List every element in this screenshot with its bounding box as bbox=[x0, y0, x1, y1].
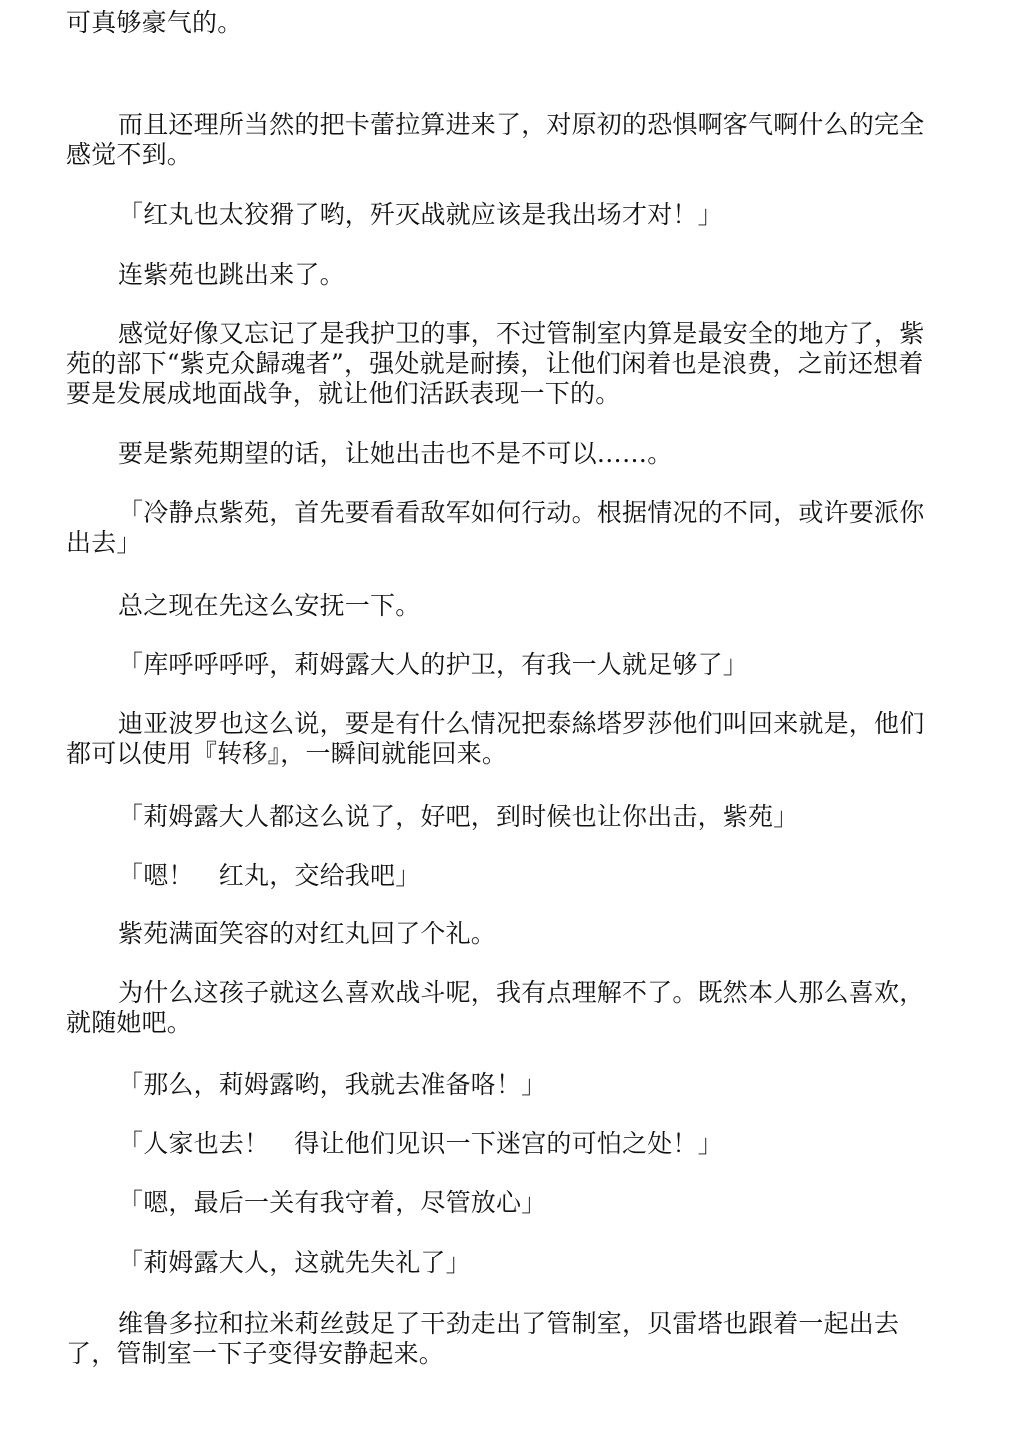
dialogue-line: 「人家也去！ 得让他们见识一下迷宫的可怕之处！」 bbox=[66, 1129, 936, 1159]
dialogue-line: 「红丸也太狡猾了哟，歼灭战就应该是我出场才对！」 bbox=[66, 200, 936, 230]
dialogue-line: 「冷静点紫苑，首先要看看敌军如何行动。根据情况的不同，或许要派你出去」 bbox=[66, 498, 936, 558]
paragraph: 紫苑满面笑容的对红丸回了个礼。 bbox=[66, 919, 936, 949]
dialogue-line: 「嗯！ 红丸，交给我吧」 bbox=[66, 861, 936, 891]
paragraph: 维鲁多拉和拉米莉丝鼓足了干劲走出了管制室，贝雷塔也跟着一起出去了，管制室一下子变… bbox=[66, 1309, 936, 1369]
dialogue-line: 「莉姆露大人都这么说了，好吧，到时候也让你出击，紫苑」 bbox=[66, 802, 936, 832]
paragraph: 要是紫苑期望的话，让她出击也不是不可以……。 bbox=[66, 439, 936, 469]
paragraph: 迪亚波罗也这么说，要是有什么情况把泰絲塔罗莎他们叫回来就是，他们都可以使用『转移… bbox=[66, 709, 936, 769]
paragraph: 为什么这孩子就这么喜欢战斗呢，我有点理解不了。既然本人那么喜欢，就随她吧。 bbox=[66, 978, 936, 1038]
paragraph: 而且还理所当然的把卡蕾拉算进来了，对原初的恐惧啊客气啊什么的完全感觉不到。 bbox=[66, 110, 936, 170]
dialogue-line: 「那么，莉姆露哟，我就去准备咯！」 bbox=[66, 1070, 936, 1100]
paragraph: 感觉好像又忘记了是我护卫的事，不过管制室内算是最安全的地方了，紫苑的部下“紫克众… bbox=[66, 319, 936, 409]
paragraph: 可真够豪气的。 bbox=[66, 8, 936, 38]
dialogue-line: 「莉姆露大人，这就先失礼了」 bbox=[66, 1248, 936, 1278]
paragraph: 连紫苑也跳出来了。 bbox=[66, 260, 936, 290]
dialogue-line: 「库呼呼呼呼，莉姆露大人的护卫，有我一人就足够了」 bbox=[66, 650, 936, 680]
paragraph: 总之现在先这么安抚一下。 bbox=[66, 591, 936, 621]
dialogue-line: 「嗯，最后一关有我守着，尽管放心」 bbox=[66, 1188, 936, 1218]
